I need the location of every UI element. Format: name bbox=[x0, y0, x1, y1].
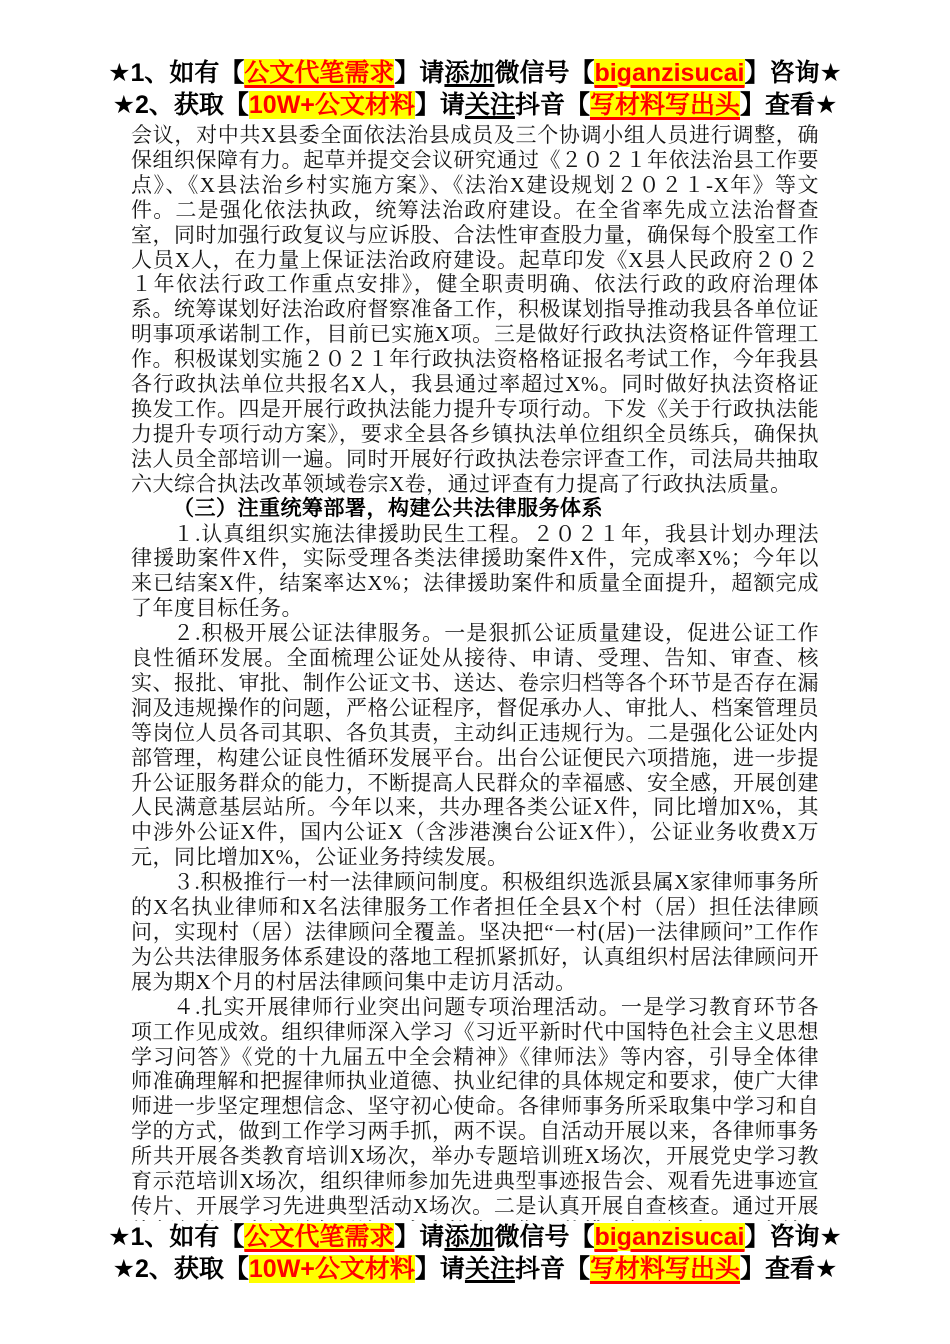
promo-text: 】查看★ bbox=[740, 1255, 837, 1283]
promo-text: 抖音【 bbox=[515, 1255, 590, 1283]
promo-text: 微信号【 bbox=[494, 1223, 594, 1251]
body-paragraph: 会议，对中共X县委全面依法治县成员及三个协调小组人员进行调整，确保组织保障有力。… bbox=[131, 123, 819, 497]
promo-text: 】请 bbox=[394, 1223, 444, 1251]
douyin-id: 写材料写出头 bbox=[590, 1255, 740, 1283]
promo-line-1: ★1、如有【公文代笔需求】请添加微信号【biganzisucai】咨询★ bbox=[0, 57, 950, 89]
promo-text: 抖音【 bbox=[515, 91, 590, 119]
body-paragraph: ３.积极推行一村一法律顾问制度。积极组织选派县属X家律师事务所的X名执业律师和X… bbox=[131, 870, 819, 995]
promo-line-2: ★2、获取【10W+公文材料】请关注抖音【写材料写出头】查看★ bbox=[0, 1253, 950, 1285]
promo-line-1: ★1、如有【公文代笔需求】请添加微信号【biganzisucai】咨询★ bbox=[0, 1221, 950, 1253]
promo-text: ★2、获取【 bbox=[113, 91, 249, 119]
service-keyword: 公文代笔需求 bbox=[244, 1223, 394, 1251]
body-paragraph: ４.扎实开展律师行业突出问题专项治理活动。一是学习教育环节各项工作见成效。组织律… bbox=[131, 995, 819, 1221]
material-keyword: 10W+公文材料 bbox=[249, 91, 415, 119]
action-add: 添加 bbox=[444, 59, 494, 87]
action-add: 添加 bbox=[444, 1223, 494, 1251]
section-heading: （三）注重统筹部署，构建公共法律服务体系 bbox=[131, 497, 819, 522]
action-follow: 关注 bbox=[465, 91, 515, 119]
service-keyword: 公文代笔需求 bbox=[244, 59, 394, 87]
promo-header: ★1、如有【公文代笔需求】请添加微信号【biganzisucai】咨询★★2、获… bbox=[0, 0, 950, 121]
document-body: 会议，对中共X县委全面依法治县成员及三个协调小组人员进行调整，确保组织保障有力。… bbox=[131, 123, 819, 1221]
promo-text: 】请 bbox=[394, 59, 444, 87]
promo-text: ★2、获取【 bbox=[113, 1255, 249, 1283]
promo-text: 】查看★ bbox=[740, 91, 837, 119]
promo-line-2: ★2、获取【10W+公文材料】请关注抖音【写材料写出头】查看★ bbox=[0, 89, 950, 121]
body-paragraph: ２.积极开展公证法律服务。一是狠抓公证质量建设，促进公证工作良性循环发展。全面梳… bbox=[131, 621, 819, 870]
promo-text: ★1、如有【 bbox=[108, 59, 244, 87]
body-paragraph: １.认真组织实施法律援助民生工程。２０２１年，我县计划办理法律援助案件X件，实际… bbox=[131, 522, 819, 622]
action-follow: 关注 bbox=[465, 1255, 515, 1283]
document-page: ★1、如有【公文代笔需求】请添加微信号【biganzisucai】咨询★★2、获… bbox=[0, 0, 950, 1344]
promo-text: 】请 bbox=[415, 1255, 465, 1283]
promo-text: 】咨询★ bbox=[745, 59, 842, 87]
promo-text: 】咨询★ bbox=[745, 1223, 842, 1251]
material-keyword: 10W+公文材料 bbox=[249, 1255, 415, 1283]
promo-text: 】请 bbox=[415, 91, 465, 119]
promo-footer: ★1、如有【公文代笔需求】请添加微信号【biganzisucai】咨询★★2、获… bbox=[0, 1221, 950, 1285]
wechat-id: biganzisucai bbox=[594, 59, 744, 87]
promo-text: 微信号【 bbox=[494, 59, 594, 87]
douyin-id: 写材料写出头 bbox=[590, 91, 740, 119]
wechat-id: biganzisucai bbox=[594, 1223, 744, 1251]
promo-text: ★1、如有【 bbox=[108, 1223, 244, 1251]
